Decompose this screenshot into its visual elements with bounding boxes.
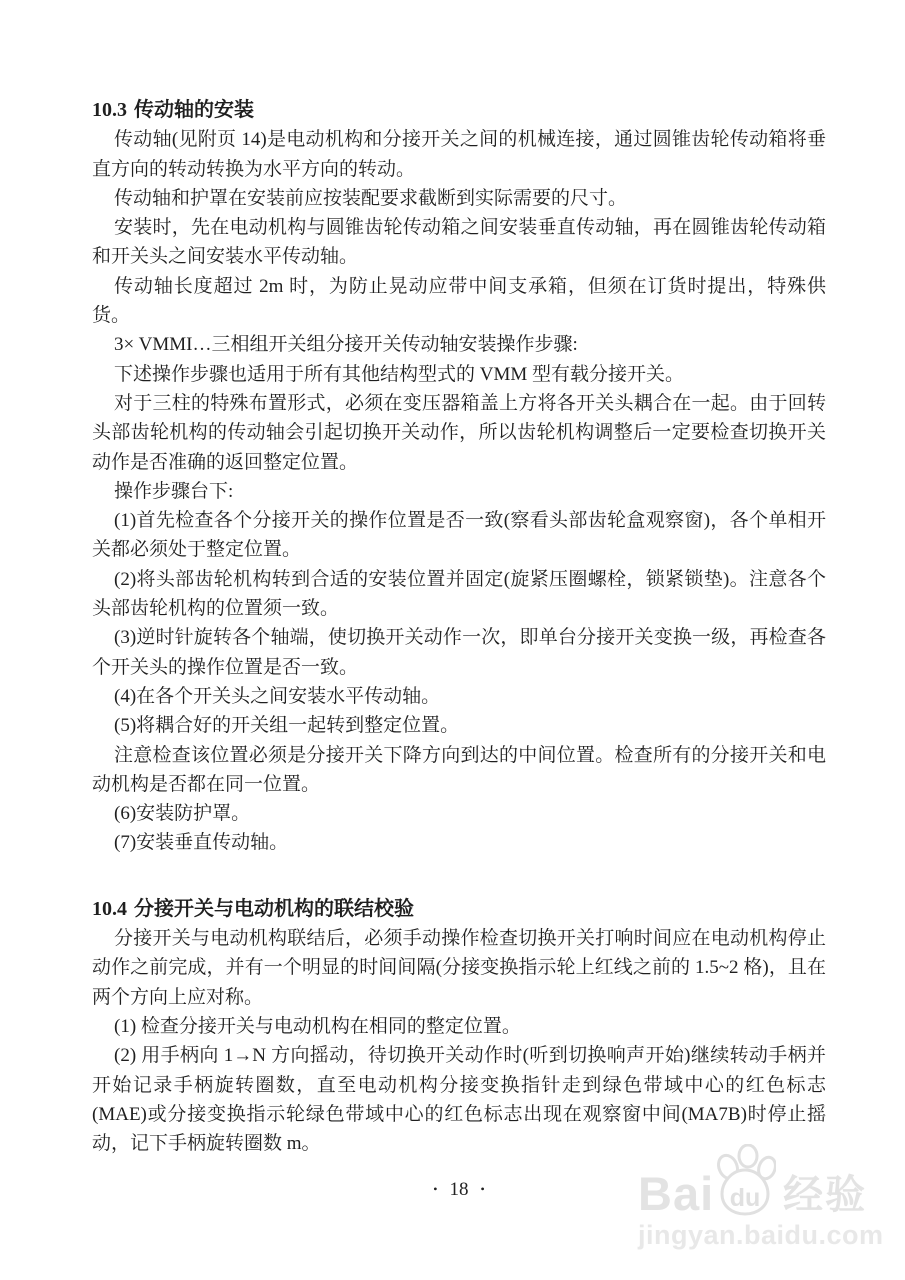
section-10-4: 10.4分接开关与电动机构的联结校验 分接开关与电动机构联结后，必须手动操作检查… bbox=[92, 895, 826, 1159]
watermark-url: jingyan.baidu.com bbox=[638, 1220, 898, 1251]
list-item-1: (1) 检查分接开关与电动机构在相同的整定位置。 bbox=[92, 1012, 826, 1041]
baidu-logo-text: Bai bbox=[638, 1169, 714, 1219]
list-item-3: (3)逆时针旋转各个轴端，使切换开关动作一次，即单台分接开关变换一级，再检查各个… bbox=[92, 623, 826, 682]
footer-dot-left: • bbox=[433, 1182, 437, 1196]
document-content: 10.3传动轴的安装 传动轴(见附页 14)是电动机构和分接开关之间的机械连接，… bbox=[92, 96, 826, 1158]
svg-text:du: du bbox=[730, 1184, 761, 1212]
paragraph: 操作步骤台下: bbox=[92, 477, 826, 506]
section-10-3: 10.3传动轴的安装 传动轴(见附页 14)是电动机构和分接开关之间的机械连接，… bbox=[92, 96, 826, 858]
list-item-2: (2) 用手柄向 1→N 方向摇动，待切换开关动作时(听到切换响声开始)继续转动… bbox=[92, 1041, 826, 1158]
paragraph: 分接开关与电动机构联结后，必须手动操作检查切换开关打响时间应在电动机构停止动作之… bbox=[92, 924, 826, 1012]
baidu-jingyan-watermark: Bai du 经验 jingyan.baidu.com bbox=[638, 1144, 898, 1251]
list-item-4: (4)在各个开关头之间安装水平传动轴。 bbox=[92, 682, 826, 711]
paragraph: 安装时，先在电动机构与圆锥齿轮传动箱之间安装垂直传动轴，再在圆锥齿轮传动箱和开关… bbox=[92, 213, 826, 272]
section-number: 10.4 bbox=[92, 898, 127, 920]
jingyan-cn-text: 经验 bbox=[783, 1171, 867, 1219]
page-number: 18 bbox=[450, 1179, 469, 1200]
list-item-5: (5)将耦合好的开关组一起转到整定位置。 bbox=[92, 711, 826, 740]
list-item-1: (1)首先检查各个分接开关的操作位置是否一致(察看头部齿轮盒观察窗)，各个单相开… bbox=[92, 506, 826, 565]
section-title: 分接开关与电动机构的联结校验 bbox=[134, 898, 414, 920]
paragraph: 对于三柱的特殊布置形式，必须在变压器箱盖上方将各开关头耦合在一起。由于回转头部齿… bbox=[92, 389, 826, 477]
paragraph: 传动轴和护罩在安装前应按装配要求截断到实际需要的尺寸。 bbox=[92, 184, 826, 213]
paragraph: 下述操作步骤也适用于所有其他结构型式的 VMM 型有载分接开关。 bbox=[92, 360, 826, 389]
paragraph: 3× VMMI…三相组开关组分接开关传动轴安装操作步骤: bbox=[92, 330, 826, 359]
section-10-3-heading: 10.3传动轴的安装 bbox=[92, 96, 826, 125]
document-page: 10.3传动轴的安装 传动轴(见附页 14)是电动机构和分接开关之间的机械连接，… bbox=[0, 0, 905, 1280]
section-10-4-heading: 10.4分接开关与电动机构的联结校验 bbox=[92, 895, 826, 924]
paragraph: 注意检查该位置必须是分接开关下降方向到达的中间位置。检查所有的分接开关和电动机构… bbox=[92, 741, 826, 800]
list-item-7: (7)安装垂直传动轴。 bbox=[92, 828, 826, 857]
list-item-6: (6)安装防护罩。 bbox=[92, 799, 826, 828]
paragraph: 传动轴长度超过 2m 时，为防止晃动应带中间支承箱，但须在订货时提出，特殊供货。 bbox=[92, 272, 826, 331]
section-number: 10.3 bbox=[92, 99, 127, 121]
footer-dot-right: • bbox=[481, 1182, 485, 1196]
paragraph: 传动轴(见附页 14)是电动机构和分接开关之间的机械连接，通过圆锥齿轮传动箱将垂… bbox=[92, 125, 826, 184]
section-title: 传动轴的安装 bbox=[134, 99, 254, 121]
watermark-logo-row: Bai du 经验 bbox=[638, 1144, 898, 1219]
list-item-2: (2)将头部齿轮机构转到合适的安装位置并固定(旋紧压圈螺栓，锁紧锁垫)。注意各个… bbox=[92, 565, 826, 624]
baidu-paw-icon: du bbox=[714, 1144, 776, 1221]
